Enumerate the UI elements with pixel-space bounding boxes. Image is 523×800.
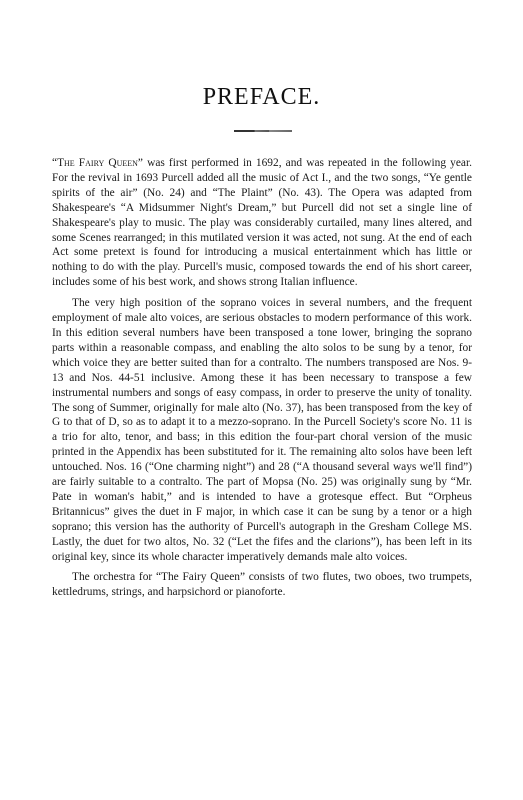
- work-title-smallcaps: The Fairy Queen: [57, 157, 138, 169]
- paragraph-history-text: ” was first performed in 1692, and was r…: [52, 157, 472, 288]
- page-title: PREFACE.: [0, 84, 523, 111]
- paragraph-transposition: The very high position of the soprano vo…: [52, 296, 472, 564]
- preface-body: “The Fairy Queen” was first performed in…: [52, 156, 472, 606]
- paragraph-history: “The Fairy Queen” was first performed in…: [52, 156, 472, 290]
- paragraph-orchestra: The orchestra for “The Fairy Queen” cons…: [52, 570, 472, 600]
- title-divider: [234, 130, 292, 132]
